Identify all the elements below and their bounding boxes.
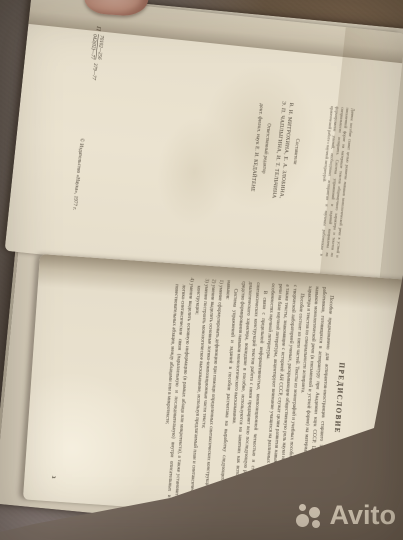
avito-logo-icon	[296, 501, 325, 530]
copyright-line: © Издательство «Наука», 1977 г.	[67, 138, 84, 253]
avito-wordmark: Avito	[330, 500, 397, 531]
annotation-text: Данное пособие ставит целью развитие нав…	[313, 106, 355, 258]
print-code-fraction: 70102—256 042(02)—77	[90, 34, 105, 60]
imprint-page: Данное пособие ставит целью развитие нав…	[5, 0, 403, 290]
listing-photo: Данное пособие ставит целью развитие нав…	[0, 0, 403, 540]
print-code-prefix: П	[95, 26, 103, 32]
print-code-suffix: 379—77	[91, 63, 98, 80]
print-code: П 70102—256 042(02)—77 379—77	[87, 26, 105, 81]
avito-watermark: Avito	[296, 500, 397, 531]
page-number: 3	[50, 476, 56, 479]
